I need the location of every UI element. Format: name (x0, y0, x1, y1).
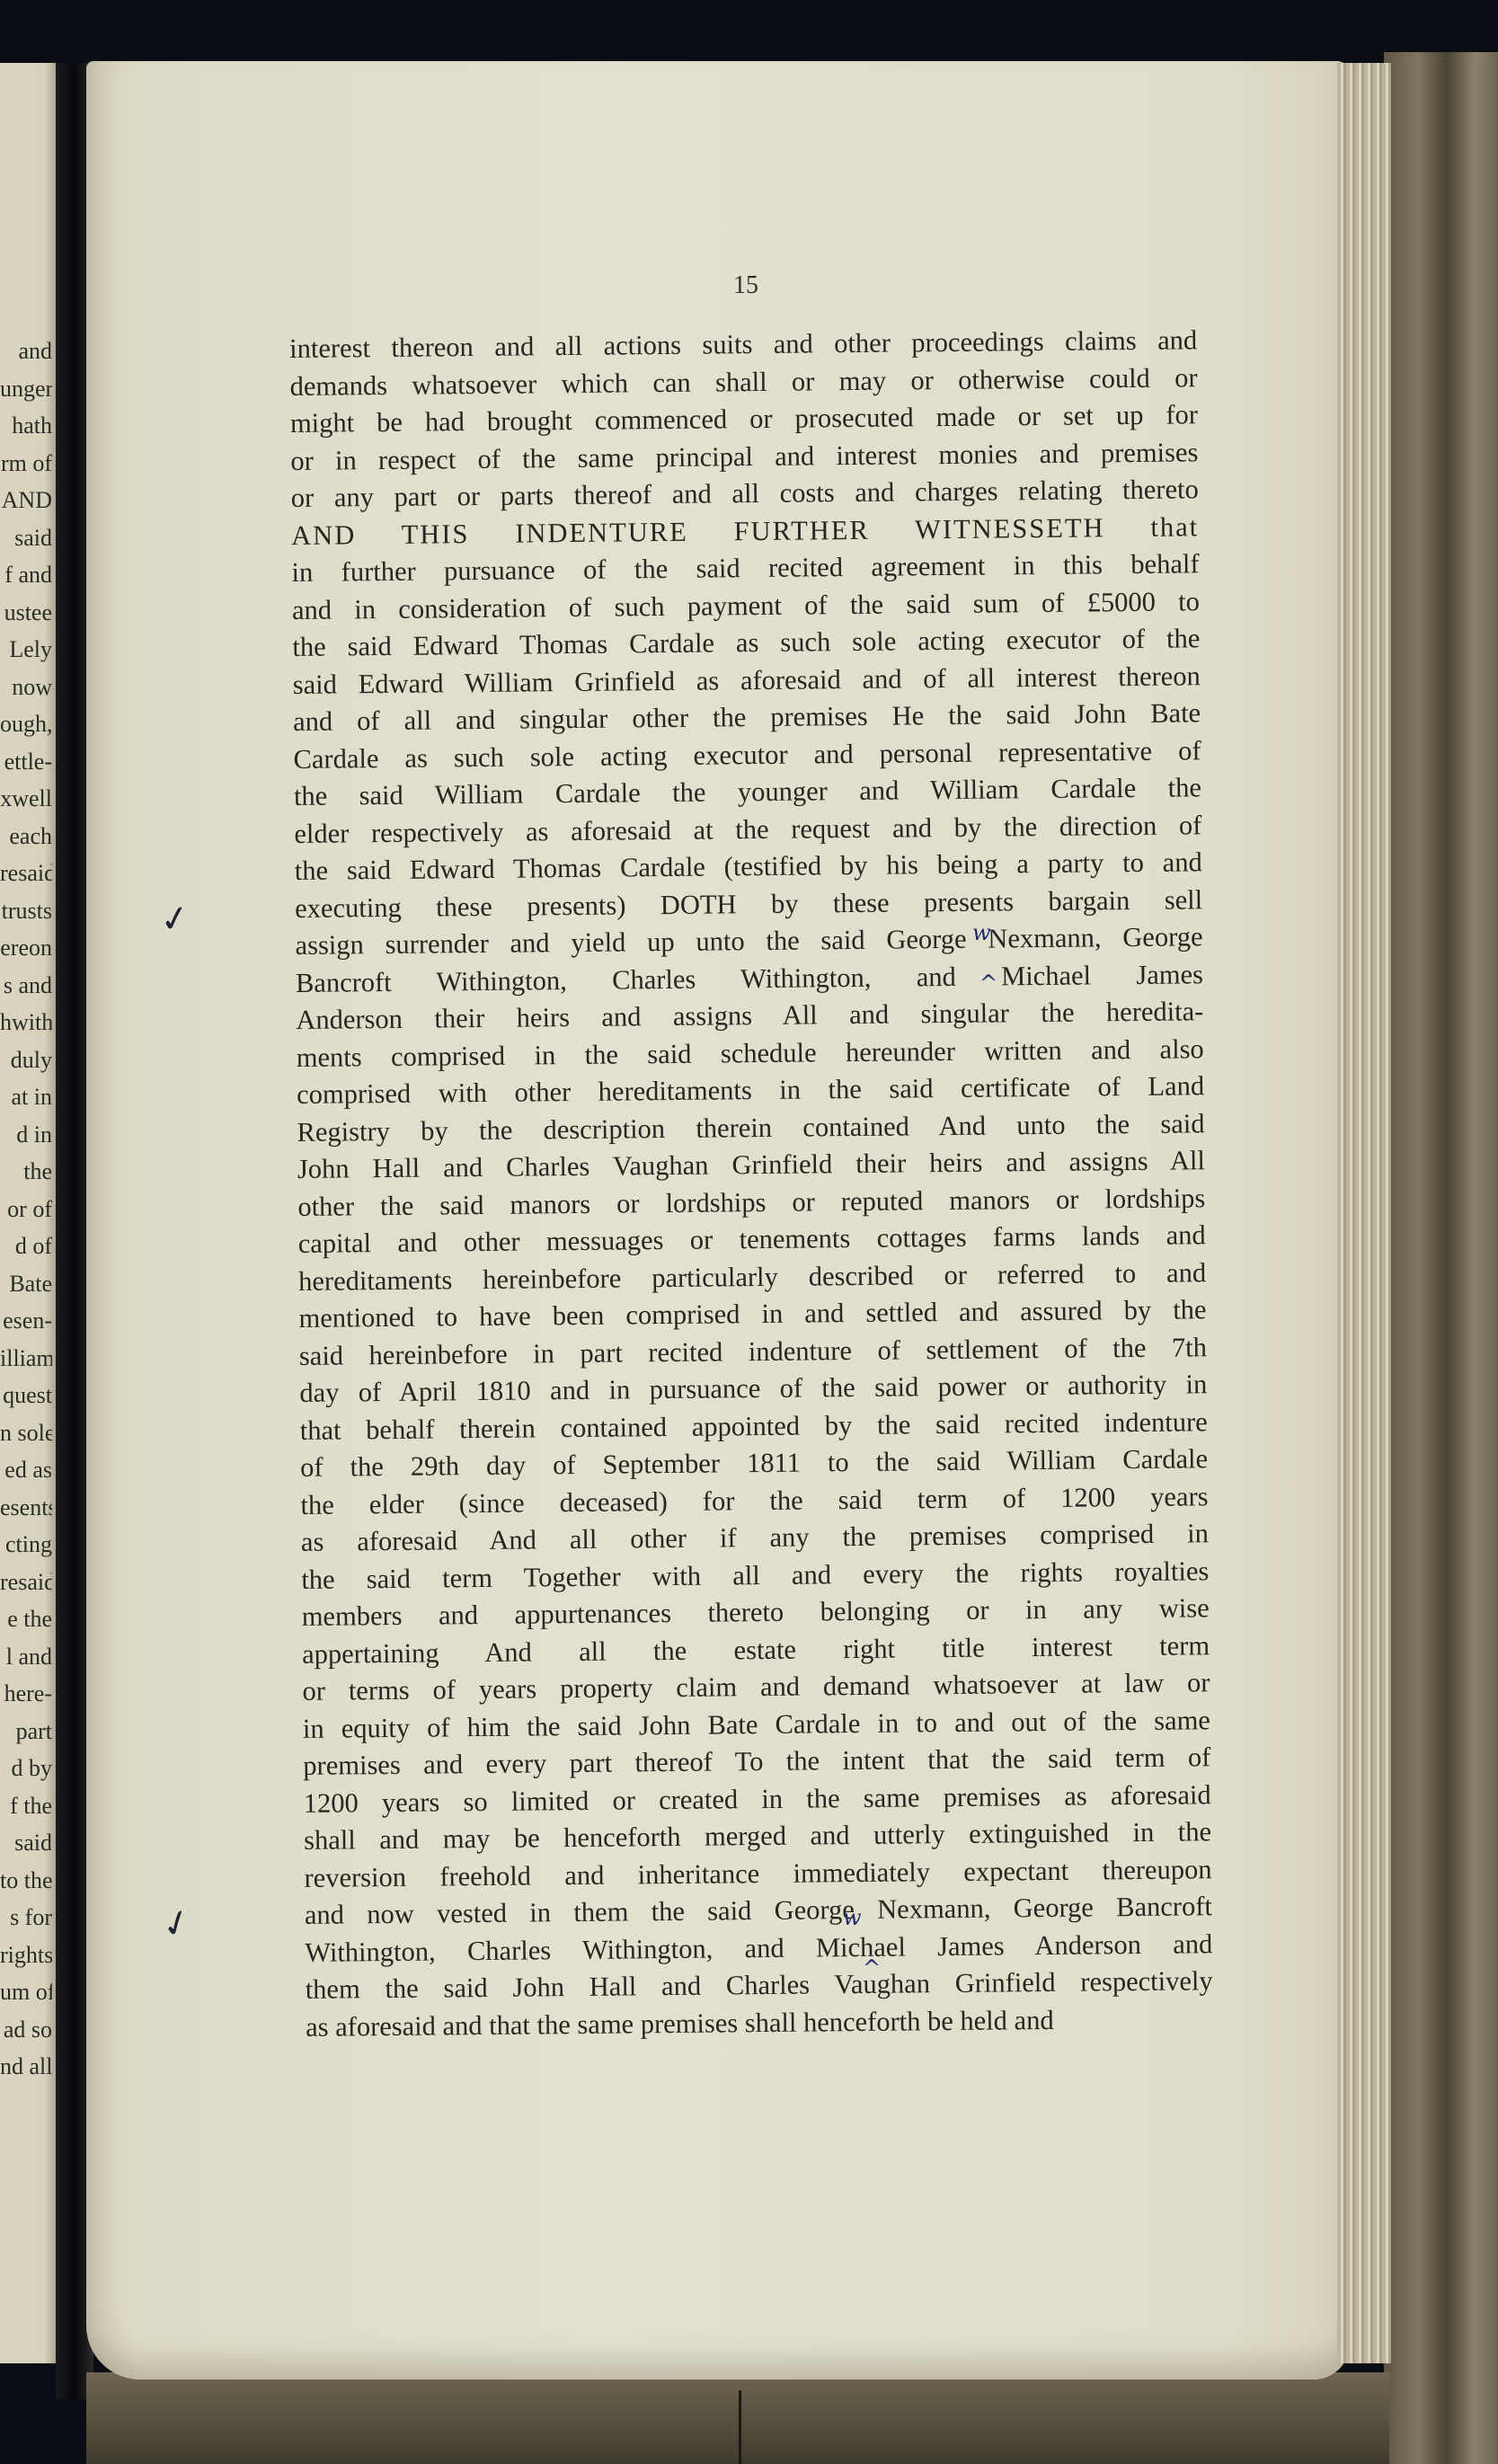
facing-page-line: f and (0, 556, 52, 594)
handwritten-annotation: ^ (979, 971, 997, 996)
handwritten-annotation: w (972, 920, 991, 945)
facing-page-line: ough, (0, 705, 52, 743)
book-cover-edge (1384, 52, 1498, 2464)
facing-page-line: s and (0, 967, 52, 1005)
facing-page-line: d of (0, 1228, 52, 1265)
facing-page-line: cting (0, 1526, 52, 1564)
facing-page-line: d in (0, 1116, 52, 1154)
facing-page-line: rights (0, 1937, 52, 1974)
facing-page-line: l and (0, 1638, 52, 1676)
facing-page-line: Lely (0, 631, 52, 669)
facing-page-line: the (0, 1153, 52, 1191)
facing-page-line: ettle- (0, 743, 52, 781)
page-stack-edges (1337, 63, 1391, 2363)
facing-page-line: resaid (0, 1564, 52, 1601)
facing-page-text: andungerhathrm ofANDsaidf andusteeLelyno… (0, 332, 52, 2086)
facing-page-line: d by (0, 1750, 52, 1787)
facing-page-line: illiam (0, 1340, 52, 1378)
facing-page-line: nd all (0, 2048, 52, 2086)
book-cover-bottom (86, 2372, 1389, 2464)
facing-page-line: hath (0, 407, 52, 445)
facing-page-line: said (0, 519, 52, 557)
facing-page-line: hwith (0, 1004, 52, 1041)
facing-page-line: ed as (0, 1451, 52, 1489)
facing-page-line: xwell (0, 780, 52, 818)
document-body: interest thereon and all actions suits a… (289, 322, 1213, 2046)
facing-page-line: said (0, 1824, 52, 1862)
facing-page-line: ereon (0, 929, 52, 967)
facing-page-line: e the (0, 1600, 52, 1638)
facing-page-line: to the (0, 1862, 52, 1900)
handwritten-annotation: w (843, 1905, 862, 1930)
facing-page-line: trusts (0, 892, 52, 930)
facing-page-line: n sole (0, 1414, 52, 1452)
facing-page-line: part (0, 1713, 52, 1751)
facing-page-line: duly (0, 1041, 52, 1079)
facing-page-line: f the (0, 1787, 52, 1825)
facing-page-line: quest (0, 1377, 52, 1414)
facing-page: andungerhathrm ofANDsaidf andusteeLelyno… (0, 63, 56, 2363)
facing-page-line: resaid (0, 855, 52, 892)
facing-page-line: esen- (0, 1302, 52, 1340)
page-number: 15 (733, 271, 758, 300)
facing-page-line: um of (0, 1973, 52, 2011)
facing-page-line: at in (0, 1078, 52, 1116)
facing-page-line: each (0, 818, 52, 855)
facing-page-line: unger (0, 370, 52, 408)
facing-page-line: rm of (0, 445, 52, 483)
facing-page-line: Bate (0, 1265, 52, 1303)
handwritten-annotation: ^ (863, 1955, 881, 1981)
facing-page-line: s for (0, 1899, 52, 1937)
facing-page-line: esents (0, 1489, 52, 1527)
facing-page-line: here- (0, 1675, 52, 1713)
facing-page-line: ustee (0, 594, 52, 632)
facing-page-line: and (0, 332, 52, 370)
facing-page-line: AND (0, 482, 52, 519)
facing-page-line: or of (0, 1191, 52, 1228)
cover-tear (739, 2390, 741, 2464)
facing-page-line: now (0, 669, 52, 706)
facing-page-line: ad so (0, 2011, 52, 2049)
